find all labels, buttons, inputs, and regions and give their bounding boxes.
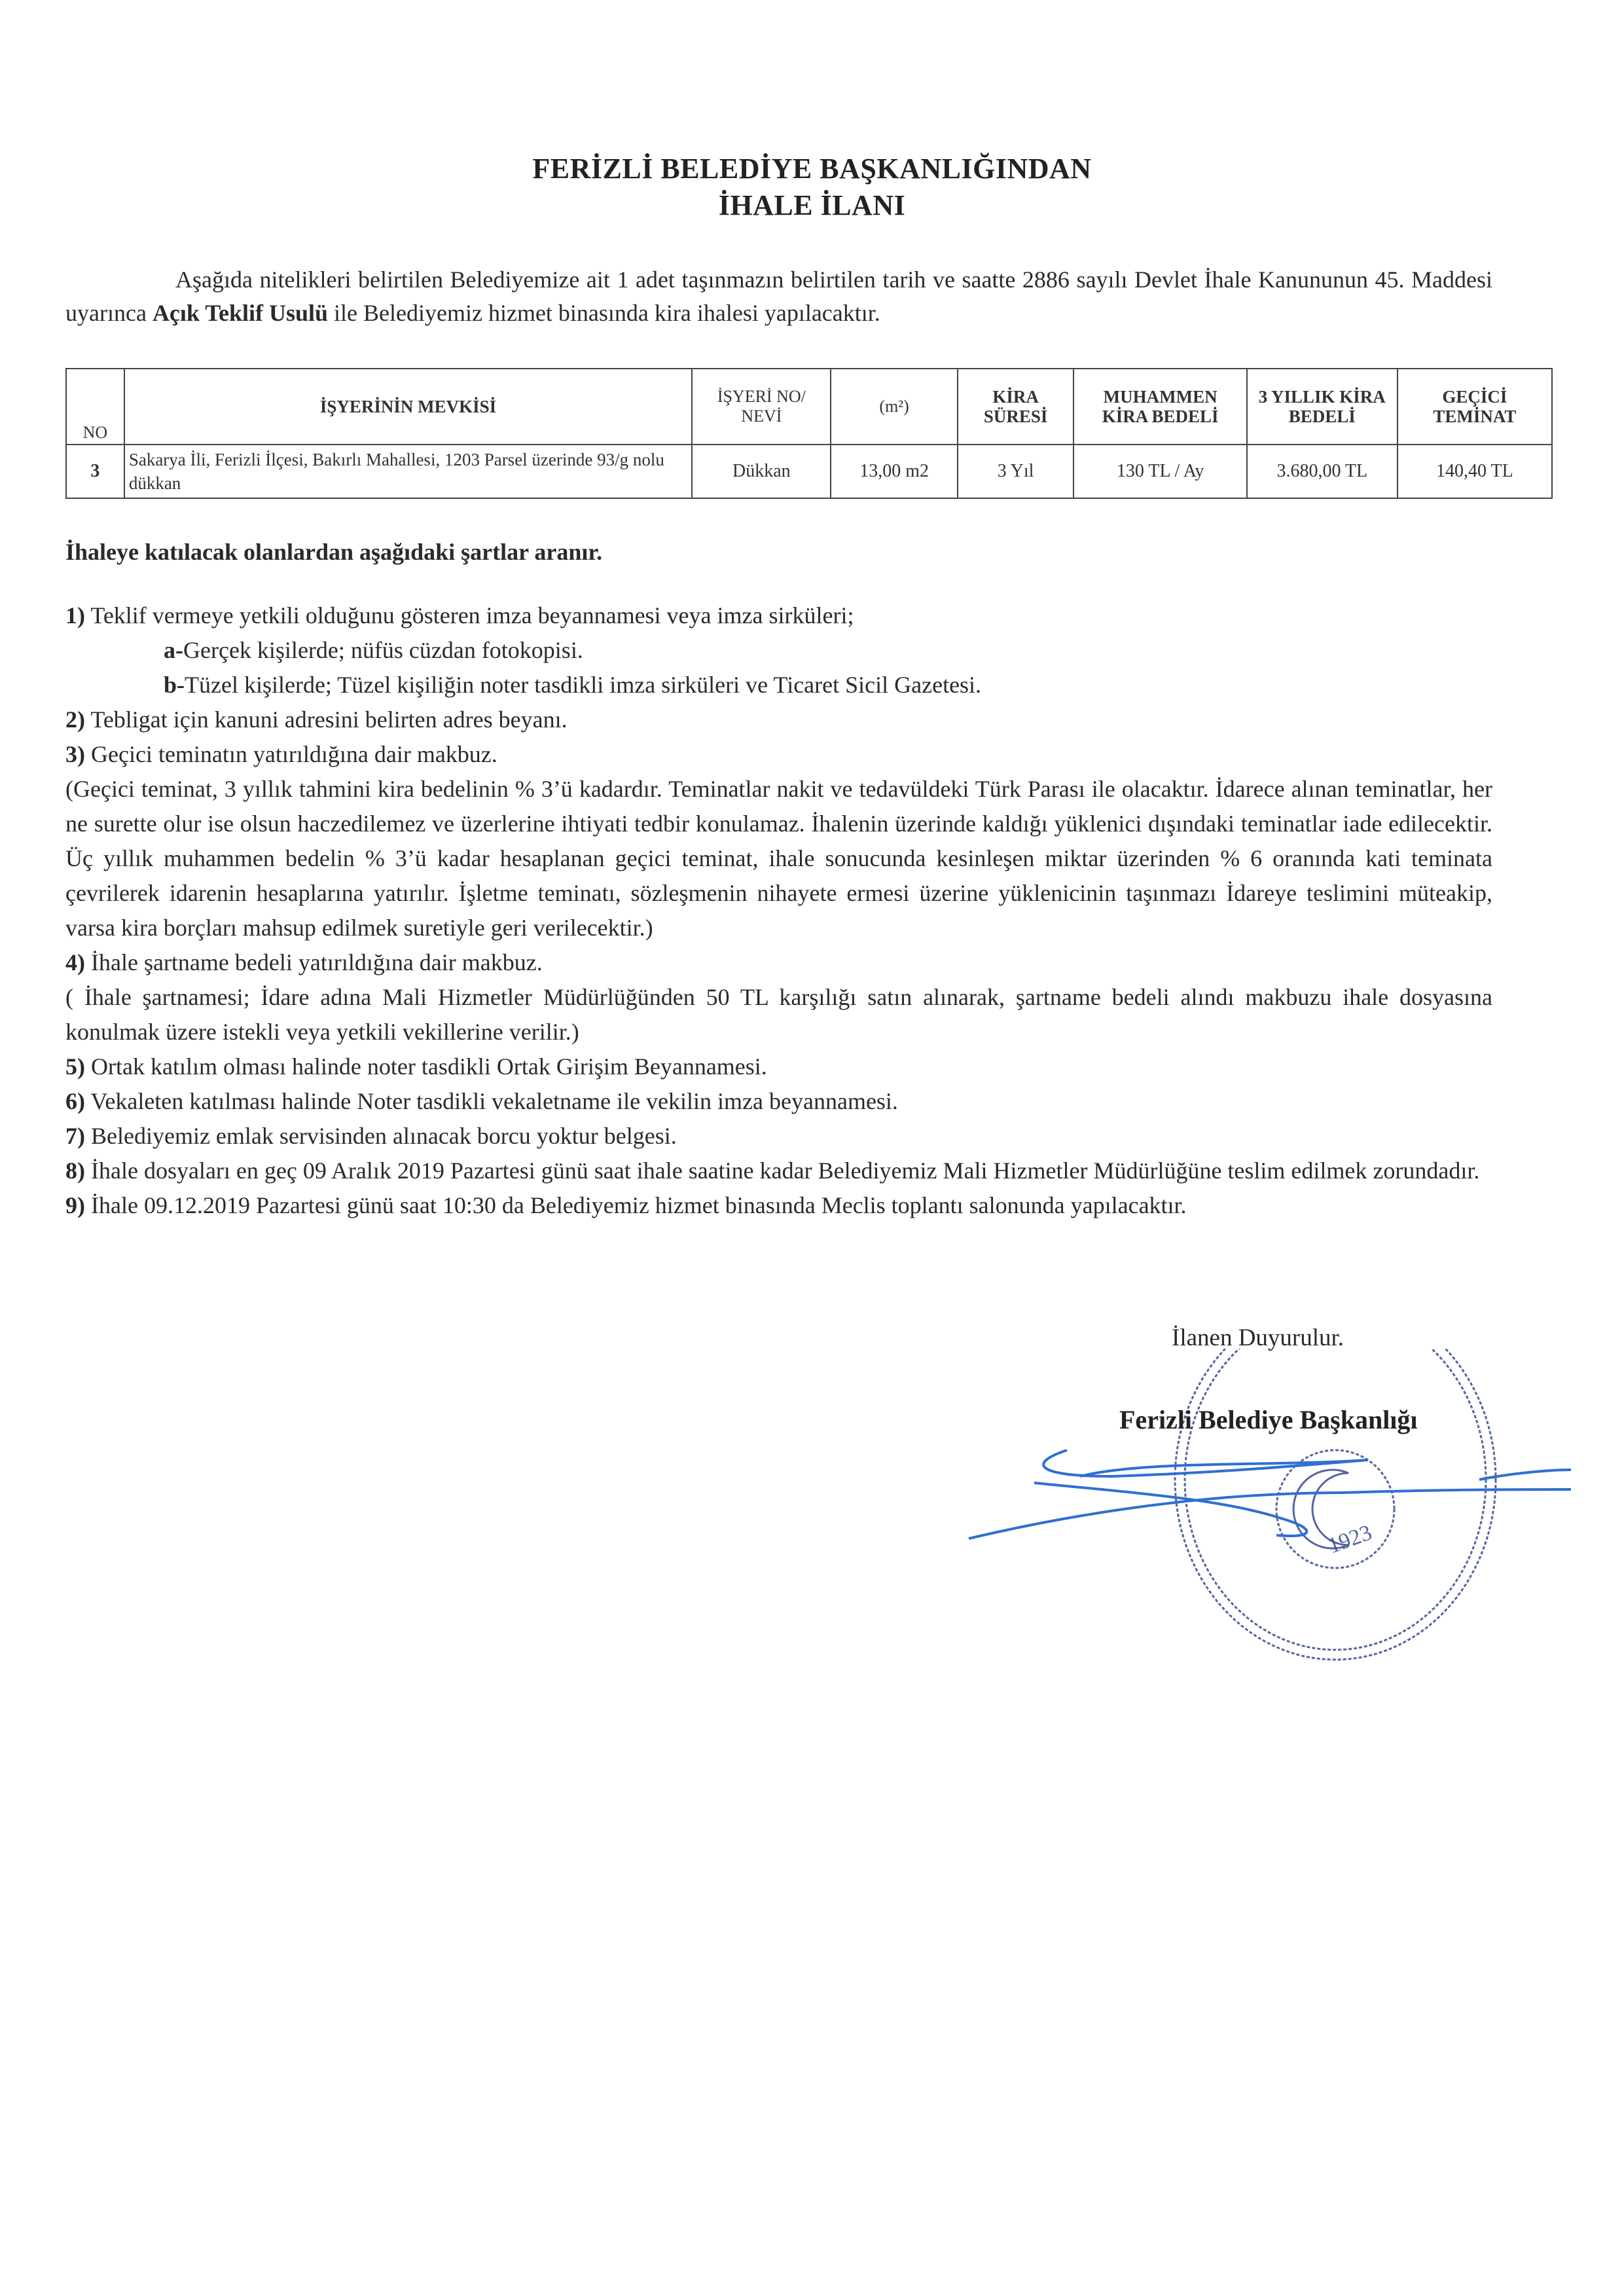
condition-item: 4) İhale şartname bedeli yatırıldığına d… bbox=[65, 945, 1492, 980]
condition-text: İhale şartname bedeli yatırıldığına dair… bbox=[85, 949, 543, 975]
condition-number: 7) bbox=[65, 1123, 85, 1149]
condition-text: Geçici teminatın yatırıldığına dair makb… bbox=[85, 741, 497, 767]
condition-number: 4) bbox=[65, 949, 85, 975]
cell-location: Sakarya İli, Ferizli İlçesi, Bakırlı Mah… bbox=[124, 445, 692, 498]
col-location: İŞYERİNİN MEVKİSİ bbox=[124, 369, 692, 445]
condition-text: Belediyemiz emlak servisinden alınacak b… bbox=[85, 1123, 677, 1149]
notice-title: İHALE İLANI bbox=[0, 189, 1624, 222]
condition-text: ( İhale şartnamesi; İdare adına Mali Hiz… bbox=[65, 984, 1492, 1045]
table-row: 3 Sakarya İli, Ferizli İlçesi, Bakırlı M… bbox=[66, 445, 1552, 498]
col-three-year-rent: 3 YILLIK KİRA BEDELİ bbox=[1247, 369, 1398, 445]
col-area: (m²) bbox=[831, 369, 957, 445]
condition-text: İhale 09.12.2019 Pazartesi günü saat 10:… bbox=[85, 1192, 1187, 1218]
col-type: İŞYERİ NO/ NEVİ bbox=[692, 369, 831, 445]
cell-duration: 3 Yıl bbox=[958, 445, 1074, 498]
condition-text: Gerçek kişilerde; nüfüs cüzdan fotokopis… bbox=[183, 637, 583, 663]
condition-item: 2) Tebligat için kanuni adresini belirte… bbox=[65, 702, 1492, 737]
cell-guarantee: 140,40 TL bbox=[1398, 445, 1552, 498]
condition-text: (Geçici teminat, 3 yıllık tahmini kira b… bbox=[65, 776, 1492, 941]
col-guarantee: GEÇİCİ TEMİNAT bbox=[1398, 369, 1552, 445]
intro-bold: Açık Teklif Usulü bbox=[153, 300, 328, 326]
condition-number: 2) bbox=[65, 706, 85, 733]
issuer-title: FERİZLİ BELEDİYE BAŞKANLIĞINDAN bbox=[0, 152, 1624, 185]
condition-item: 6) Vekaleten katılması halinde Noter tas… bbox=[65, 1084, 1492, 1119]
condition-number: 3) bbox=[65, 741, 85, 767]
condition-item: b-Tüzel kişilerde; Tüzel kişiliğin noter… bbox=[65, 668, 1492, 702]
condition-item: 8) İhale dosyaları en geç 09 Aralık 2019… bbox=[65, 1154, 1492, 1188]
condition-text: Teklif vermeye yetkili olduğunu gösteren… bbox=[85, 602, 854, 629]
table-header-row: NO İŞYERİNİN MEVKİSİ İŞYERİ NO/ NEVİ (m²… bbox=[66, 369, 1552, 445]
condition-text: Ortak katılım olması halinde noter tasdi… bbox=[85, 1053, 767, 1080]
cell-type: Dükkan bbox=[692, 445, 831, 498]
condition-item: 5) Ortak katılım olması halinde noter ta… bbox=[65, 1049, 1492, 1084]
condition-item: (Geçici teminat, 3 yıllık tahmini kira b… bbox=[65, 772, 1492, 945]
cell-area: 13,00 m2 bbox=[831, 445, 957, 498]
condition-text: Tebligat için kanuni adresini belirten a… bbox=[85, 706, 568, 733]
tender-table: NO İŞYERİNİN MEVKİSİ İŞYERİ NO/ NEVİ (m²… bbox=[65, 368, 1553, 499]
cell-three-year-rent: 3.680,00 TL bbox=[1247, 445, 1398, 498]
conditions-list: 1) Teklif vermeye yetkili olduğunu göste… bbox=[65, 598, 1492, 1223]
conditions-heading: İhaleye katılacak olanlardan aşağıdaki ş… bbox=[65, 538, 602, 566]
intro-text-2: ile Belediyemiz hizmet binasında kira ih… bbox=[328, 300, 880, 326]
signer-name: Ferizli Belediye Başkanlığı bbox=[1119, 1404, 1418, 1435]
col-duration: KİRA SÜRESİ bbox=[958, 369, 1074, 445]
condition-number: 1) bbox=[65, 602, 85, 629]
condition-number: 6) bbox=[65, 1088, 85, 1114]
condition-number: 8) bbox=[65, 1157, 85, 1184]
condition-item: 9) İhale 09.12.2019 Pazartesi günü saat … bbox=[65, 1188, 1492, 1223]
condition-item: ( İhale şartnamesi; İdare adına Mali Hiz… bbox=[65, 980, 1492, 1049]
condition-item: 3) Geçici teminatın yatırıldığına dair m… bbox=[65, 737, 1492, 772]
condition-item: 7) Belediyemiz emlak servisinden alınaca… bbox=[65, 1119, 1492, 1154]
cell-estimated-rent: 130 TL / Ay bbox=[1074, 445, 1246, 498]
condition-text: Vekaleten katılması halinde Noter tasdik… bbox=[85, 1088, 898, 1114]
col-estimated-rent: MUHAMMEN KİRA BEDELİ bbox=[1074, 369, 1246, 445]
condition-number: a- bbox=[164, 637, 183, 663]
col-no: NO bbox=[66, 369, 124, 445]
intro-paragraph: Aşağıda nitelikleri belirtilen Belediyem… bbox=[65, 263, 1492, 330]
condition-item: 1) Teklif vermeye yetkili olduğunu göste… bbox=[65, 598, 1492, 633]
condition-number: 9) bbox=[65, 1192, 85, 1218]
official-stamp-icon: 1923 bbox=[949, 1349, 1571, 1676]
condition-number: b- bbox=[164, 672, 185, 698]
condition-text: Tüzel kişilerde; Tüzel kişiliğin noter t… bbox=[185, 672, 981, 698]
cell-no: 3 bbox=[66, 445, 124, 498]
closing-text: İlanen Duyurulur. bbox=[1172, 1324, 1344, 1352]
condition-text: İhale dosyaları en geç 09 Aralık 2019 Pa… bbox=[85, 1157, 1479, 1184]
svg-text:1923: 1923 bbox=[1325, 1520, 1375, 1558]
condition-number: 5) bbox=[65, 1053, 85, 1080]
condition-item: a-Gerçek kişilerde; nüfüs cüzdan fotokop… bbox=[65, 633, 1492, 668]
